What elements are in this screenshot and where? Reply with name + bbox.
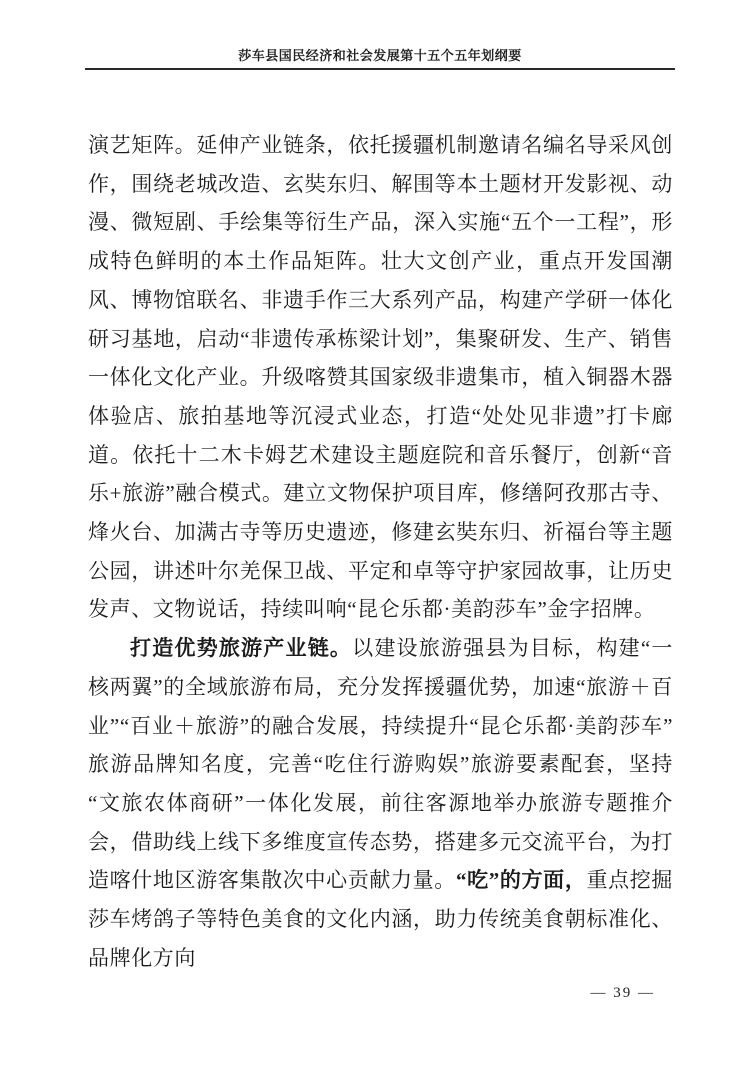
paragraph-2-text-1: 以建设旅游强县为目标，构建“一核两翼”的全域旅游布局，充分发挥援疆优势，加速“旅…: [88, 636, 673, 892]
document-body: 演艺矩阵。延伸产业链条，依托援疆机制邀请名编名导采风创作，围绕老城改造、玄奘东归…: [88, 126, 673, 977]
page-header: 莎车县国民经济和社会发展第十五个五年划纲要: [85, 48, 675, 70]
paragraph-1: 演艺矩阵。延伸产业链条，依托援疆机制邀请名编名导采风创作，围绕老城改造、玄奘东归…: [88, 126, 673, 629]
paragraph-1-text: 演艺矩阵。延伸产业链条，依托援疆机制邀请名编名导采风创作，围绕老城改造、玄奘东归…: [88, 133, 673, 621]
paragraph-2-emphasis-bold: “吃”的方面，: [456, 868, 587, 892]
page-number: — 39 —: [591, 984, 656, 1002]
paragraph-2-lead-bold: 打造优势旅游产业链。: [130, 636, 352, 660]
header-rule: [85, 68, 675, 70]
document-page: 莎车县国民经济和社会发展第十五个五年划纲要 演艺矩阵。延伸产业链条，依托援疆机制…: [0, 0, 753, 1066]
header-title: 莎车县国民经济和社会发展第十五个五年划纲要: [85, 48, 675, 64]
paragraph-2: 打造优势旅游产业链。以建设旅游强县为目标，构建“一核两翼”的全域旅游布局，充分发…: [88, 629, 673, 977]
